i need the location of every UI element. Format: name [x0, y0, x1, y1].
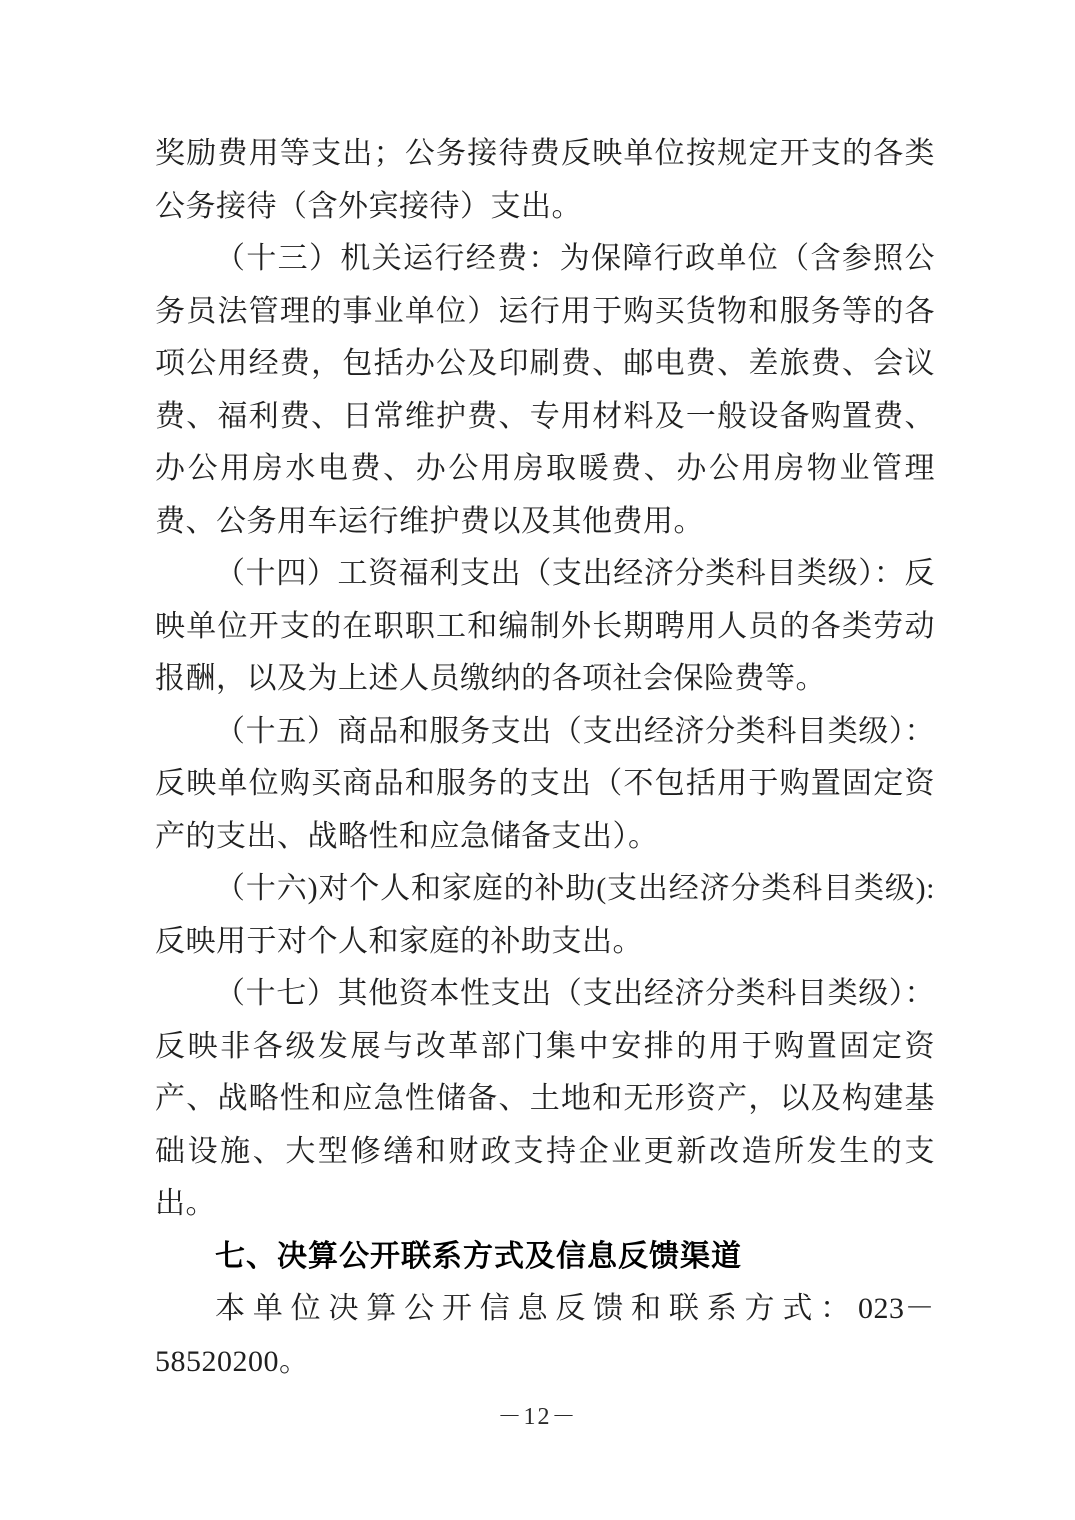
paragraph-continuation: 奖励费用等支出；公务接待费反映单位按规定开支的各类公务接待（含外宾接待）支出。	[155, 128, 935, 233]
section-heading: 七、决算公开联系方式及信息反馈渠道	[155, 1231, 935, 1284]
document-page: 奖励费用等支出；公务接待费反映单位按规定开支的各类公务接待（含外宾接待）支出。 …	[0, 0, 1075, 1520]
paragraph-item-14: （十四）工资福利支出（支出经济分类科目类级）：反映单位开支的在职职工和编制外长期…	[155, 548, 935, 706]
paragraph-item-16: （十六)对个人和家庭的补助(支出经济分类科目类级):反映用于对个人和家庭的补助支…	[155, 863, 935, 968]
document-body: 奖励费用等支出；公务接待费反映单位按规定开支的各类公务接待（含外宾接待）支出。 …	[0, 0, 1075, 1388]
paragraph-item-13: （十三）机关运行经费：为保障行政单位（含参照公务员法管理的事业单位）运行用于购买…	[155, 233, 935, 548]
page-number: －12－	[0, 1396, 1075, 1431]
paragraph-item-15: （十五）商品和服务支出（支出经济分类科目类级）：反映单位购买商品和服务的支出（不…	[155, 706, 935, 864]
paragraph-contact: 本单位决算公开信息反馈和联系方式：023－58520200。	[155, 1283, 935, 1388]
paragraph-item-17: （十七）其他资本性支出（支出经济分类科目类级）：反映非各级发展与改革部门集中安排…	[155, 968, 935, 1231]
